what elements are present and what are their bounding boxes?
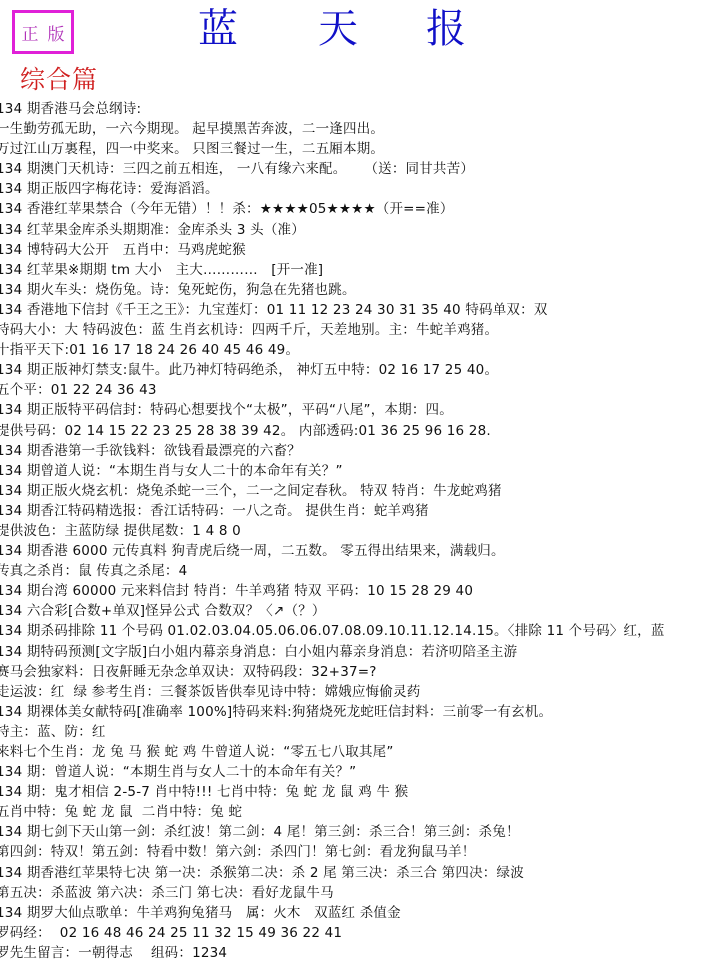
text-line: 五肖中特：兔 蛇 龙 鼠 二肖中特：兔 蛇: [0, 802, 710, 822]
text-line: 十指平天下:01 16 17 18 24 26 40 45 46 49。: [0, 340, 710, 360]
text-line: 134 香港红苹果禁合（今年无错）！！杀：★★★★05★★★★（开==准）: [0, 199, 710, 219]
page-title: 蓝 天 报: [180, 4, 500, 54]
text-line: 罗先生留言：一朝得志 组码：1234: [0, 943, 710, 963]
text-line: 134 期裸体美女献特码[准确率 100%]特码来料:狗猪烧死龙蛇旺信封料：三前…: [0, 702, 710, 722]
text-line: 134 期香港红苹果特七决 第一决：杀猴第二决：杀 2 尾 第三决：杀三合 第四…: [0, 863, 710, 883]
text-line: 134 期：鬼才相信 2-5-7 肖中特!!! 七肖中特：兔 蛇 龙 鼠 鸡 牛…: [0, 782, 710, 802]
title-char-3: 报: [426, 4, 466, 54]
text-line: 134 期正版火烧玄机：烧兔杀蛇一三个，二一之间定春秋。 特双 特肖：牛龙蛇鸡猪: [0, 481, 710, 501]
title-char-2: 天: [318, 4, 358, 54]
text-line: 134 期台湾 60000 元来料信封 特肖：牛羊鸡猪 特双 平码：10 15 …: [0, 581, 710, 601]
text-line: 134 期：曾道人说：“本期生肖与女人二十的本命年有关？”: [0, 762, 710, 782]
text-line: 134 六合彩[合数+单双]怪异公式 合数双？〈↗（？）: [0, 601, 710, 621]
text-line: 134 期正版神灯禁支:鼠牛。此乃神灯特码绝杀， 神灯五中特：02 16 17 …: [0, 360, 710, 380]
text-line: 第四剑：特双！第五剑：特看中数！第六剑：杀四门！第七剑：看龙狗鼠马羊！: [0, 842, 710, 862]
text-line: 134 期正版特平码信封：特码心想要找个“太极”，平码“八尾”，本期：四。: [0, 400, 710, 420]
text-line: 第五决：杀蓝波 第六决：杀三门 第七决：看好龙鼠牛马: [0, 883, 710, 903]
text-line: 134 博特码大公开 五肖中：马鸡虎蛇猴: [0, 240, 710, 260]
text-line: 走运波：红 绿 参考生肖：三餐茶饭皆供奉见诗中特：嫦娥应悔偷灵药: [0, 682, 710, 702]
text-line: 134 期曾道人说：“本期生肖与女人二十的本命年有关？”: [0, 461, 710, 481]
badge-char-2: 版: [48, 20, 65, 45]
text-line: 万过江山万裏程，四一中奖来。 只图三餐过一生，二五厢本期。: [0, 139, 710, 159]
badge-char-1: 正: [22, 20, 39, 45]
text-line: 罗码经： 02 16 48 46 24 25 11 32 15 49 36 22…: [0, 923, 710, 943]
text-line: 特码大小：大 特码波色：蓝 生肖玄机诗：四两千斤，天差地别。主：牛蛇羊鸡猪。: [0, 320, 710, 340]
text-line: 134 期香港 6000 元传真料 狗青虎后绕一周，二五数。 零五得出结果来，满…: [0, 541, 710, 561]
text-line: 赛马会独家料：日夜鼾睡无杂念单双诀：双特码段：32+37=?: [0, 662, 710, 682]
content-body: 134 期香港马会总纲诗:一生勤劳孤无助，一六今期现。 起早摸黑苦奔波，二一逢四…: [0, 99, 710, 963]
text-line: 134 期七剑下天山第一剑：杀红波！第二剑：4 尾！第三剑：杀三合！第三剑：杀兔…: [0, 822, 710, 842]
text-line: 134 期香江特码精选报：香江话特码：一八之奇。 提供生肖：蛇羊鸡猪: [0, 501, 710, 521]
text-line: 134 香港地下信封《千王之王》：九宝莲灯：01 11 12 23 24 30 …: [0, 300, 710, 320]
text-line: 134 期罗大仙点歌单：牛羊鸡狗兔猪马 属：火木 双蓝红 杀值金: [0, 903, 710, 923]
text-line: 134 期杀码排除 11 个号码 01.02.03.04.05.06.06.07…: [0, 621, 710, 641]
text-line: 134 红苹果金库杀头期期准：金库杀头 3 头（准）: [0, 220, 710, 240]
text-line: 五个平：01 22 24 36 43: [0, 380, 710, 400]
text-line: 来料七个生肖：龙 兔 马 猴 蛇 鸡 牛曾道人说：“零五七八取其尾”: [0, 742, 710, 762]
text-line: 一生勤劳孤无助，一六今期现。 起早摸黑苦奔波，二一逢四出。: [0, 119, 710, 139]
text-line: 提供波色：主蓝防绿 提供尾数：1 4 8 0: [0, 521, 710, 541]
text-line: 134 红苹果※期期 tm 大小 主大………… [开一准]: [0, 260, 710, 280]
text-line: 134 期火车头：烧伤兔。诗：兔死蛇伤，狗急在先猪也跳。: [0, 280, 710, 300]
text-line: 134 期澳门天机诗：三四之前五相连， 一八有缘六来配。 （送：同甘共苦）: [0, 159, 710, 179]
title-char-1: 蓝: [198, 4, 238, 54]
text-line: 134 期香港第一手欲钱料：欲钱看最漂亮的六畜？: [0, 441, 710, 461]
text-line: 特主：蓝、防：红: [0, 722, 710, 742]
text-line: 提供号码：02 14 15 22 23 25 28 38 39 42。 内部透码…: [0, 421, 710, 441]
genuine-edition-badge: 正 版: [12, 10, 74, 54]
text-line: 134 期香港马会总纲诗:: [0, 99, 710, 119]
text-line: 134 期正版四字梅花诗：爱海滔滔。: [0, 179, 710, 199]
text-line: 传真之杀肖：鼠 传真之杀尾：4: [0, 561, 710, 581]
section-subtitle: 综合篇: [20, 64, 98, 96]
text-line: 134 期特码预测[文字版]白小姐内幕亲身消息：白小姐内幕亲身消息：若济叨陪圣主…: [0, 642, 710, 662]
